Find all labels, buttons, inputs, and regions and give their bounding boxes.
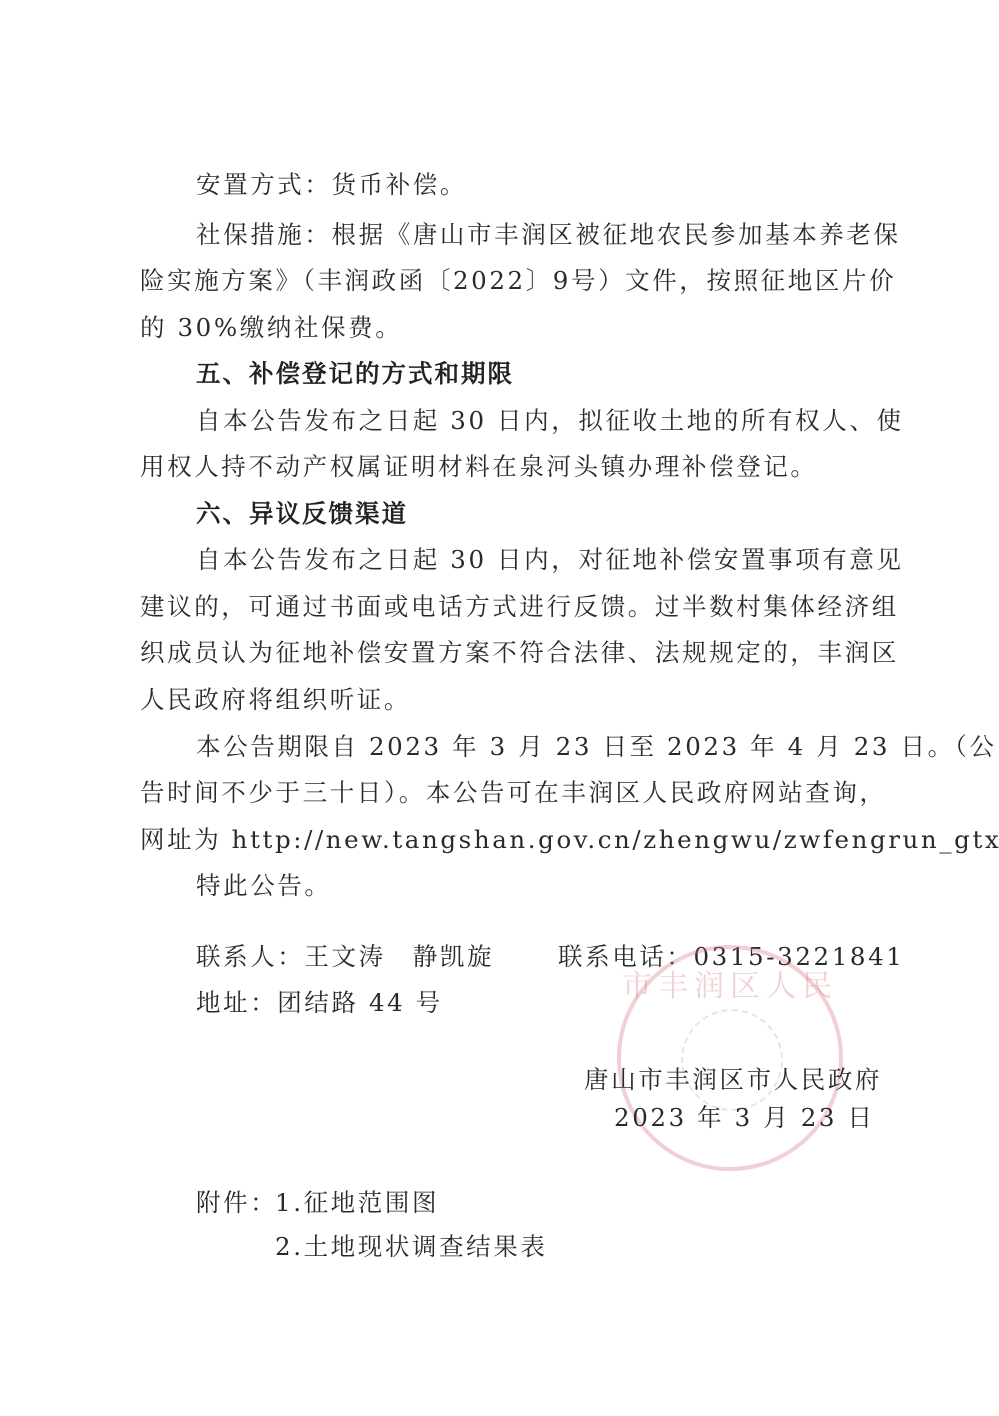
registration-line-2: 用权人持不动产权属证明材料在泉河头镇办理补偿登记。 — [140, 450, 818, 484]
registration-line-1: 自本公告发布之日起 30 日内，拟征收土地的所有权人、使 — [196, 404, 904, 438]
feedback-line-1: 自本公告发布之日起 30 日内，对征地补偿安置事项有意见 — [196, 543, 904, 577]
official-seal-icon: 市丰润区人民 — [617, 945, 843, 1171]
contact-address: 地址：团结路 44 号 — [196, 986, 443, 1020]
website-url-line: 网址为 http://new.tangshan.gov.cn/zhengwu/z… — [140, 823, 999, 857]
social-security-line-1: 社保措施：根据《唐山市丰润区被征地农民参加基本养老保 — [196, 218, 901, 252]
section-heading-5: 五、补偿登记的方式和期限 — [196, 357, 514, 391]
social-security-line-3: 的 30%缴纳社保费。 — [140, 311, 402, 345]
feedback-line-2: 建议的，可通过书面或电话方式进行反馈。过半数村集体经济组 — [140, 590, 899, 624]
period-line-1: 本公告期限自 2023 年 3 月 23 日至 2023 年 4 月 23 日。… — [196, 730, 997, 764]
placement-method: 安置方式：货币补偿。 — [196, 168, 467, 202]
social-security-line-2: 险实施方案》（丰润政函〔2022〕9号）文件，按照征地区片价 — [140, 264, 896, 298]
section-heading-6: 六、异议反馈渠道 — [196, 497, 408, 531]
attachment-item-2: 2.土地现状调查结果表 — [275, 1230, 547, 1264]
feedback-line-4: 人民政府将组织听证。 — [140, 683, 411, 717]
seal-text: 市丰润区人民 — [621, 961, 839, 1005]
contact-people: 联系人：王文涛 静凯旋 — [196, 940, 494, 974]
closing-line: 特此公告。 — [196, 869, 332, 903]
period-line-2: 告时间不少于三十日）。本公告可在丰润区人民政府网站查询， — [140, 776, 887, 810]
signature-organization: 唐山市丰润区市人民政府 — [584, 1063, 882, 1097]
feedback-line-3: 织成员认为征地补偿安置方案不符合法律、法规规定的，丰润区 — [140, 636, 899, 670]
signature-date: 2023 年 3 月 23 日 — [614, 1101, 875, 1135]
attachments-label: 附件： — [196, 1186, 277, 1220]
attachment-item-1: 1.征地范围图 — [275, 1186, 439, 1220]
